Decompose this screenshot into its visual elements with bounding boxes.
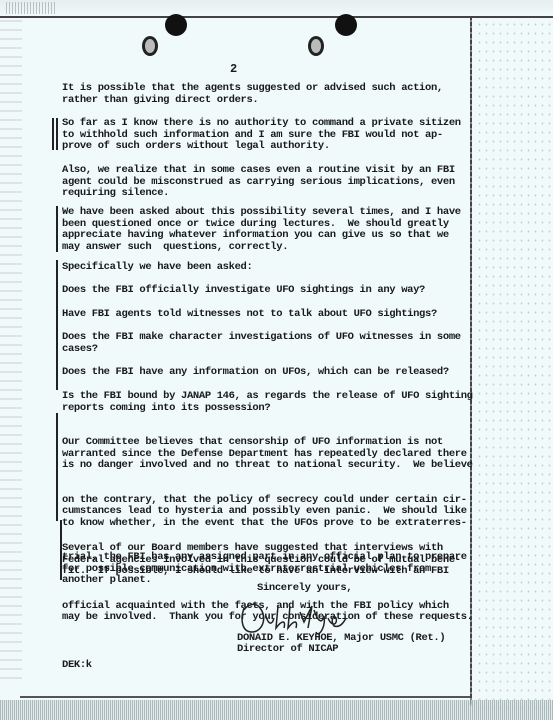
paragraph: We have been asked about this possibilit… [62,207,461,253]
signature-title: Director of NICAP [237,644,338,656]
margin-mark [52,118,54,150]
page-bottom-edge [0,700,553,720]
margin-mark [56,118,58,150]
paragraph: So far as I know there is no authority t… [62,118,461,153]
question: Have FBI agents told witnesses not to ta… [62,309,437,321]
left-scan-noise [0,20,22,680]
typist-initials: DEK:k [62,660,92,672]
question: Does the FBI officially investigate UFO … [62,285,425,297]
punch-hole-ring [308,36,324,56]
margin-mark [56,413,58,521]
margin-mark [56,260,58,390]
question: Does the FBI make character investigatio… [62,332,461,355]
punch-hole-ring [142,36,158,56]
paragraph: It is possible that the agents suggested… [62,83,443,106]
right-scan-noise [476,20,553,710]
question: Is the FBI bound by JANAP 146, as regard… [62,391,473,414]
paragraph: Specifically we have been asked: [62,262,252,274]
scan-smudge [6,2,56,14]
page-bottom-line [20,696,470,698]
margin-mark [56,206,58,252]
question: Does the FBI have any information on UFO… [62,367,449,379]
closing: Sincerely yours, [257,583,352,595]
paragraph: Also, we realize that in some cases even… [62,165,455,200]
handwritten-signature [238,598,378,638]
punch-hole [165,14,187,36]
page-number: 2 [230,64,237,76]
punch-hole [335,14,357,36]
